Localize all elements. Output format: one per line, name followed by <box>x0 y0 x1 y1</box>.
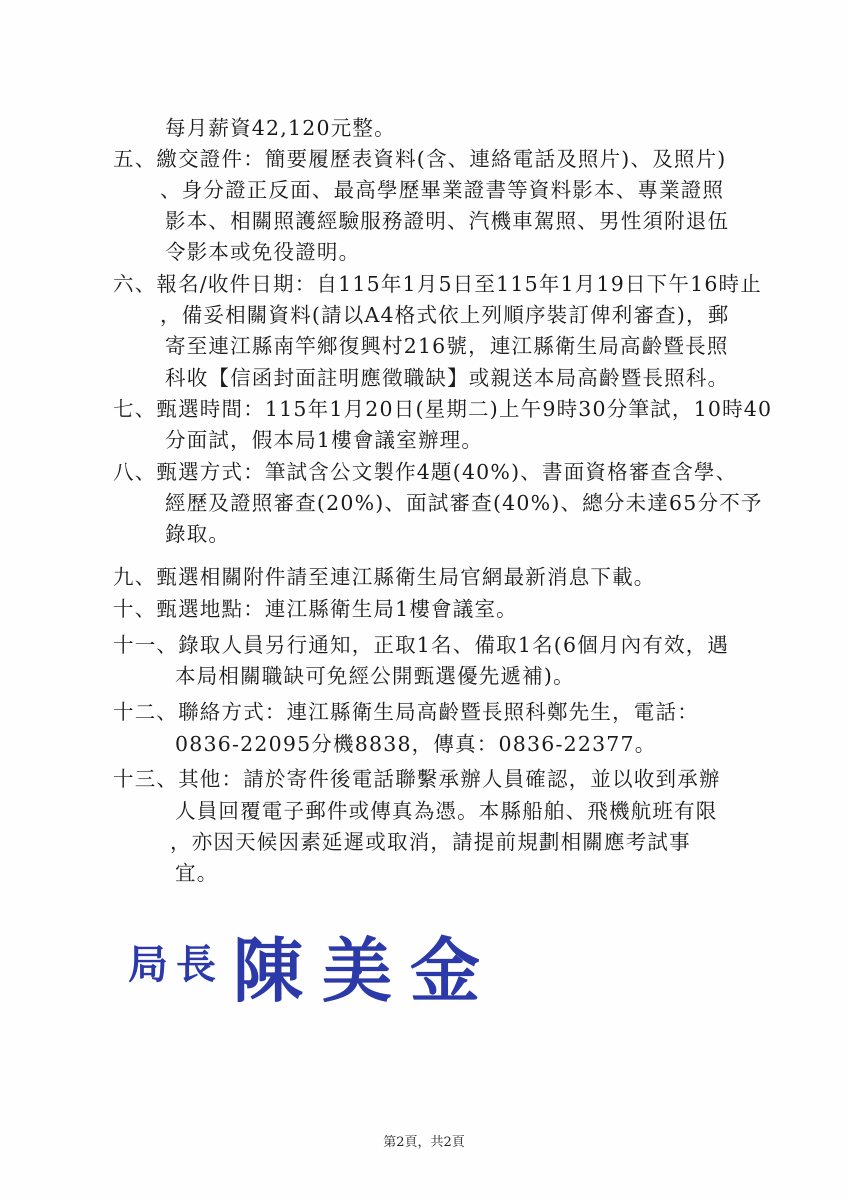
signature-name-char-1: 陳 <box>233 915 303 1016</box>
item-12-line-2: 0836-22095分機8838，傳真：0836-22377。 <box>175 732 657 756</box>
item-7-line-2: 分面試，假本局1樓會議室辦理。 <box>165 428 483 452</box>
item-6-line-4: 科收【信函封面註明應徵職缺】或親送本局高齡暨長照科。 <box>165 366 729 390</box>
signature-name-char-2: 美 <box>322 915 392 1016</box>
document-page: 每月薪資42,120元整。 五、繳交證件：簡要履歷表資料(含、連絡電話及照片)、… <box>0 0 848 1200</box>
item-5-line-2: 、身分證正反面、最高學歷畢業證書等資料影本、專業證照 <box>160 178 724 202</box>
item-10-line-1: 十、甄選地點：連江縣衛生局1樓會議室。 <box>113 597 518 621</box>
signature-title: 局長 <box>128 933 224 990</box>
text-line-0: 每月薪資42,120元整。 <box>165 116 396 140</box>
item-8-line-1: 八、甄選方式：筆試含公文製作4題(40%)、書面資格審查含學、 <box>113 460 737 484</box>
item-9-line-1: 九、甄選相關附件請至連江縣衛生局官網最新消息下載。 <box>113 565 656 589</box>
item-6-line-2: ，備妥相關資料(請以A4格式依上列順序裝訂俾利審查)，郵 <box>160 303 729 327</box>
item-13-line-3: ，亦因天候因素延遲或取消，請提前規劃相關應考試事 <box>170 830 691 854</box>
item-5-line-1: 五、繳交證件：簡要履歷表資料(含、連絡電話及照片)、及照片) <box>113 147 727 171</box>
item-6-line-1: 六、報名/收件日期：自115年1月5日至115年1月19日下午16時止 <box>113 272 762 296</box>
item-5-line-3: 影本、相關照護經驗服務證明、汽機車駕照、男性須附退伍 <box>165 209 729 233</box>
item-13-line-2: 人員回覆電子郵件或傳真為憑。本縣船舶、飛機航班有限 <box>175 799 718 823</box>
page-number: 第2頁，共2頁 <box>0 1131 848 1150</box>
item-5-line-4: 令影本或免役證明。 <box>165 240 360 264</box>
item-7-line-1: 七、甄選時間：115年1月20日(星期二)上午9時30分筆試，10時40 <box>113 397 772 421</box>
item-13-line-4: 宜。 <box>175 861 218 885</box>
item-12-line-1: 十二、聯絡方式：連江縣衛生局高齡暨長照科鄭先生，電話： <box>113 700 699 724</box>
item-13-line-1: 十三、其他：請於寄件後電話聯繫承辦人員確認，並以收到承辦 <box>113 767 721 791</box>
signature-name-char-3: 金 <box>410 915 480 1016</box>
item-6-line-3: 寄至連江縣南竿鄉復興村216號，連江縣衛生局高齡暨長照 <box>165 334 729 358</box>
item-11-line-2: 本局相關職缺可免經公開甄選優先遞補)。 <box>175 664 575 688</box>
item-11-line-1: 十一、錄取人員另行通知，正取1名、備取1名(6個月內有效，遇 <box>113 633 729 657</box>
item-8-line-3: 錄取。 <box>165 522 230 546</box>
item-8-line-2: 經歷及證照審查(20%)、面試審查(40%)、總分未達65分不予 <box>165 491 763 515</box>
